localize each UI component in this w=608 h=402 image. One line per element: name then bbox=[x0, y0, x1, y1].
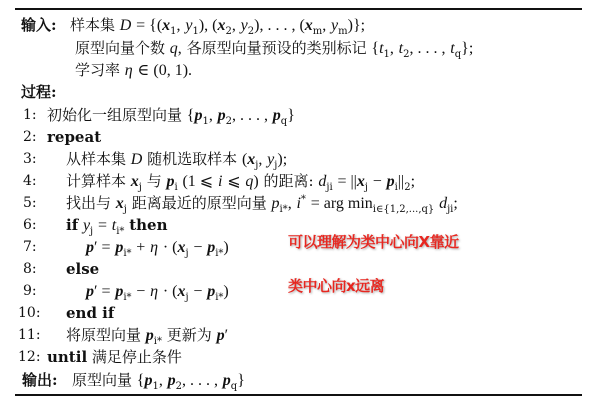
output-label: 输出: bbox=[22, 369, 58, 391]
input-text-2b: 各原型向量预设的类别标记 bbox=[187, 39, 367, 57]
bottom-rule bbox=[15, 394, 582, 396]
input-label: 输入: bbox=[21, 14, 57, 36]
input-text-3: 学习率 bbox=[75, 61, 120, 79]
input-text-1: 样本集 bbox=[70, 16, 115, 34]
top-rule bbox=[15, 8, 582, 10]
annotation-move-away: 类中心向x远离 bbox=[288, 275, 384, 296]
process-label: 过程: bbox=[21, 81, 57, 103]
annotation-move-closer: 可以理解为类中心向X靠近 bbox=[288, 231, 459, 252]
input-text-2a: 原型向量个数 bbox=[75, 39, 165, 57]
